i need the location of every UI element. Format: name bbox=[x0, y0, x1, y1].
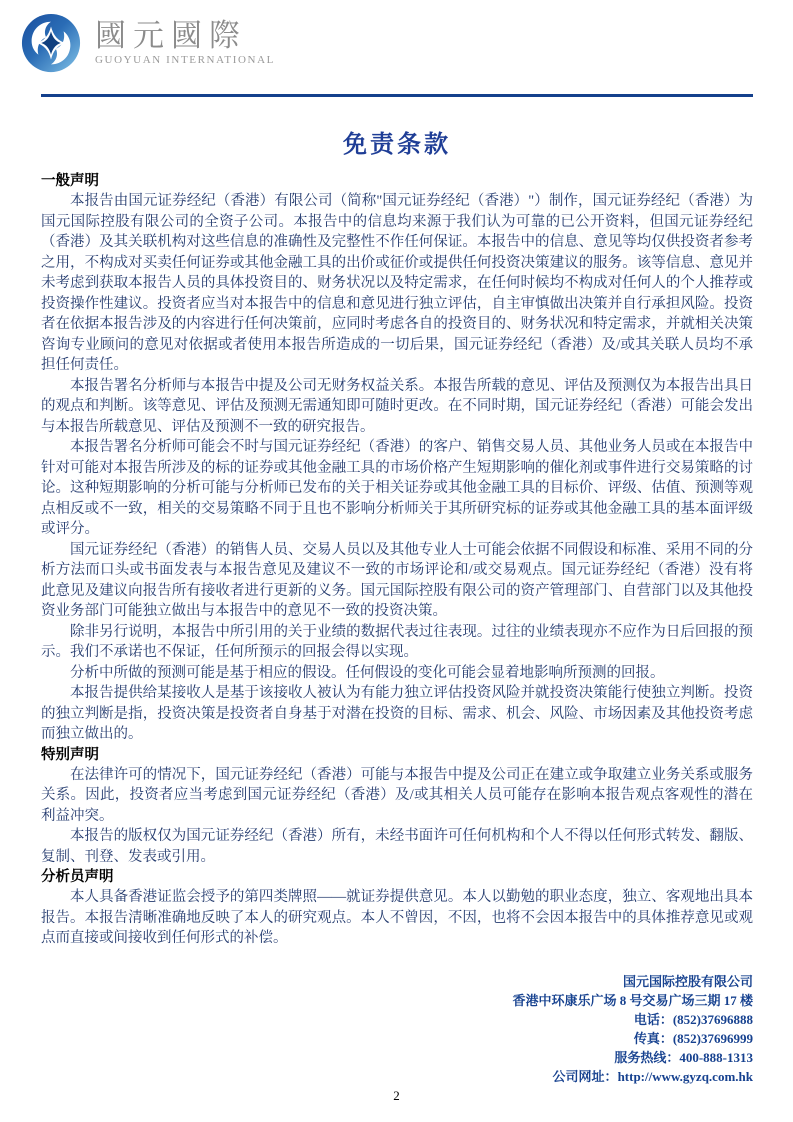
contact-fax-label: 传真： bbox=[634, 1031, 673, 1046]
contact-block: 国元国际控股有限公司 香港中环康乐广场 8 号交易广场三期 17 楼 电话：(8… bbox=[512, 972, 753, 1086]
section-heading-special-statement: 特别声明 bbox=[41, 745, 753, 765]
paragraph: 在法律许可的情况下，国元证券经纪（香港）可能与本报告中提及公司正在建立或争取建立… bbox=[41, 765, 753, 827]
brand-name-english: GUOYUAN INTERNATIONAL bbox=[95, 54, 275, 67]
contact-phone-value: (852)37696888 bbox=[673, 1012, 753, 1027]
report-page: 國元國際 GUOYUAN INTERNATIONAL 免责条款 一般声明 本报告… bbox=[0, 0, 793, 1122]
contact-company: 国元国际控股有限公司 bbox=[512, 972, 753, 991]
paragraph: 本报告的版权仅为国元证券经纪（香港）所有，未经书面许可任何机构和个人不得以任何形… bbox=[41, 826, 753, 867]
contact-phone: 电话：(852)37696888 bbox=[512, 1010, 753, 1029]
report-header: 國元國際 GUOYUAN INTERNATIONAL bbox=[20, 12, 275, 74]
section-heading-general-statement: 一般声明 bbox=[41, 171, 753, 191]
page-title: 免责条款 bbox=[41, 124, 753, 159]
paragraph: 本报告由国元证券经纪（香港）有限公司（简称"国元证券经纪（香港）"）制作，国元证… bbox=[41, 191, 753, 376]
contact-hotline-label: 服务热线： bbox=[614, 1050, 679, 1065]
paragraph: 分析中所做的预测可能是基于相应的假设。任何假设的变化可能会显着地影响所预测的回报… bbox=[41, 663, 753, 684]
brand-name-chinese: 國元國際 bbox=[95, 19, 275, 53]
document-body: 免责条款 一般声明 本报告由国元证券经纪（香港）有限公司（简称"国元证券经纪（香… bbox=[41, 118, 753, 949]
contact-website: 公司网址：http://www.gyzq.com.hk bbox=[512, 1067, 753, 1086]
contact-phone-label: 电话： bbox=[634, 1012, 673, 1027]
paragraph: 本报告提供给某接收人是基于该接收人被认为有能力独立评估投资风险并就投资决策能行使… bbox=[41, 683, 753, 745]
contact-fax: 传真：(852)37696999 bbox=[512, 1029, 753, 1048]
paragraph: 本人具备香港证监会授予的第四类牌照——就证券提供意见。本人以勤勉的职业态度，独立… bbox=[41, 887, 753, 949]
page-number: 2 bbox=[0, 1088, 793, 1104]
paragraph: 本报告署名分析师与本报告中提及公司无财务权益关系。本报告所载的意见、评估及预测仅… bbox=[41, 376, 753, 438]
contact-website-label: 公司网址： bbox=[553, 1069, 618, 1084]
paragraph: 本报告署名分析师可能会不时与国元证券经纪（香港）的客户、销售交易人员、其他业务人… bbox=[41, 437, 753, 540]
section-heading-analyst-statement: 分析员声明 bbox=[41, 867, 753, 887]
contact-fax-value: (852)37696999 bbox=[673, 1031, 753, 1046]
contact-hotline: 服务热线：400-888-1313 bbox=[512, 1048, 753, 1067]
contact-address: 香港中环康乐广场 8 号交易广场三期 17 楼 bbox=[512, 991, 753, 1010]
paragraph: 国元证券经纪（香港）的销售人员、交易人员以及其他专业人士可能会依据不同假设和标准… bbox=[41, 540, 753, 622]
guoyuan-logo-icon bbox=[20, 12, 82, 74]
contact-hotline-value: 400-888-1313 bbox=[679, 1050, 753, 1065]
paragraph: 除非另行说明，本报告中所引用的关于业绩的数据代表过往表现。过往的业绩表现亦不应作… bbox=[41, 622, 753, 663]
brand-wordmark: 國元國際 GUOYUAN INTERNATIONAL bbox=[95, 19, 275, 67]
header-divider bbox=[41, 94, 753, 97]
company-website-link[interactable]: http://www.gyzq.com.hk bbox=[618, 1069, 753, 1084]
